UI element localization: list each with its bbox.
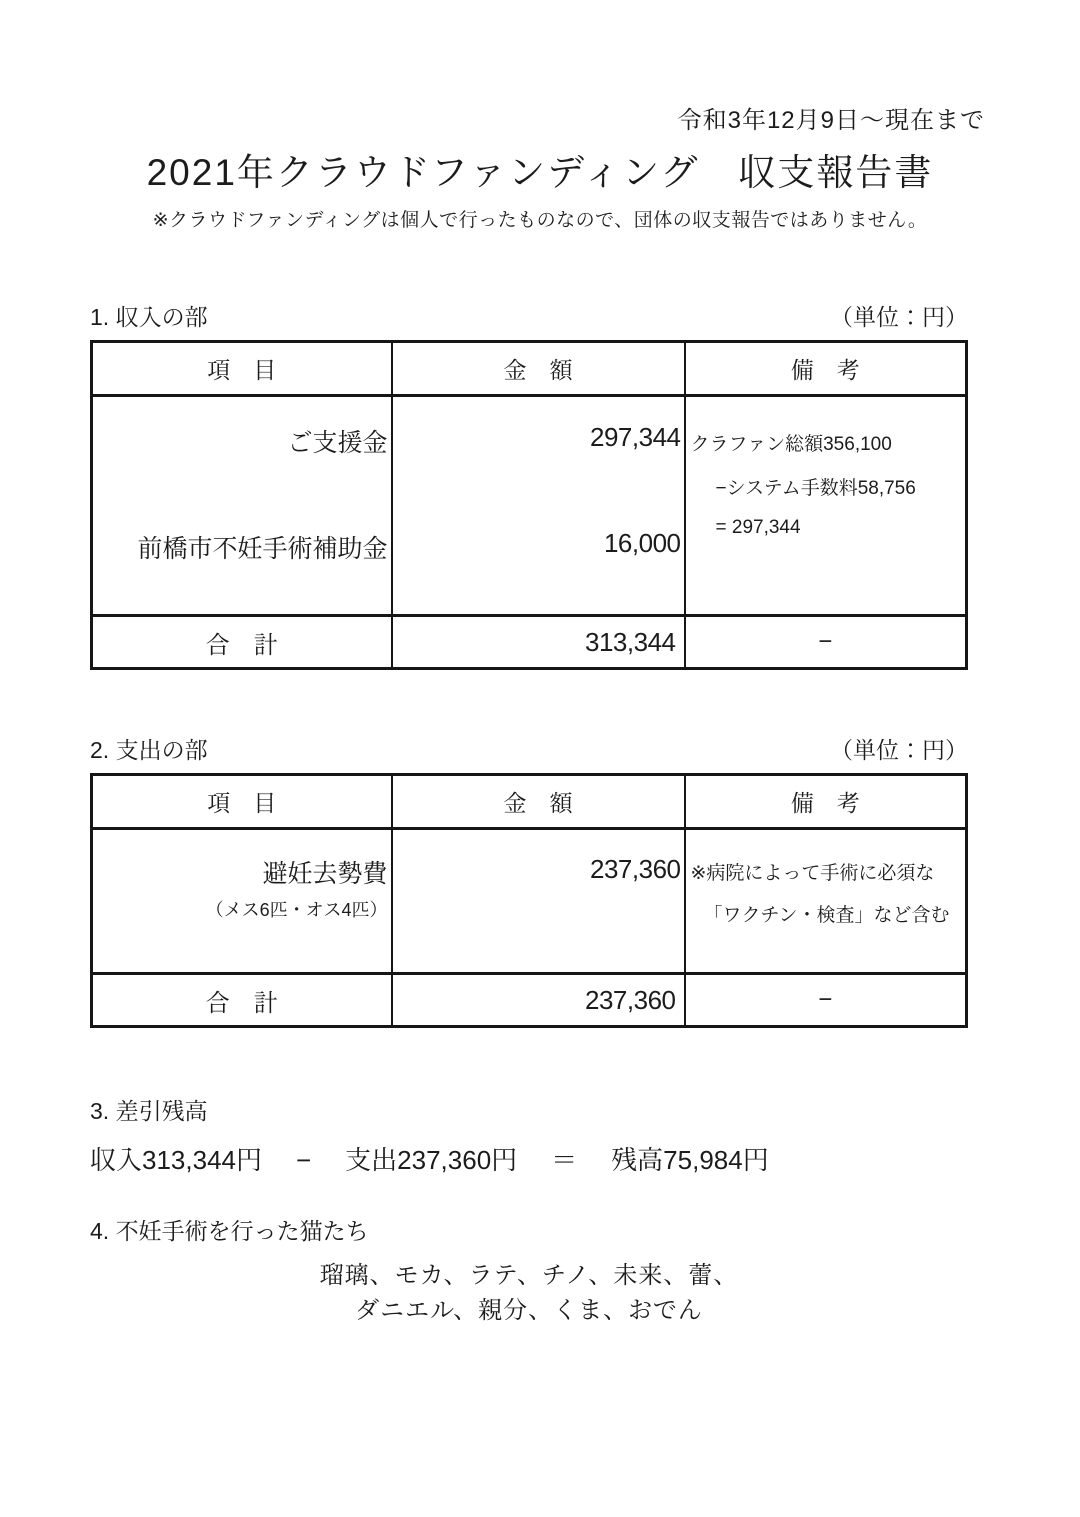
income-amount-2: 16,000: [604, 528, 681, 559]
expense-amount-cell: 237,360: [392, 829, 685, 974]
expense-amount: 237,360: [590, 854, 680, 885]
income-amount-cell: 297,344 16,000: [392, 396, 685, 616]
expense-total-row: 合 計 237,360 −: [92, 974, 967, 1027]
expense-total-amount: 237,360: [392, 974, 685, 1027]
balance-heading: 3. 差引残高: [90, 1093, 208, 1126]
expense-header-amount: 金 額: [392, 775, 685, 829]
title-note: ※クラウドファンディングは個人で行ったものなので、団体の収支報告ではありません。: [0, 205, 1080, 232]
income-total-row: 合 計 313,344 −: [92, 616, 967, 669]
income-amount-1: 297,344: [590, 422, 680, 453]
expense-table: 項 目 金 額 備 考 避妊去勢費 （メス6匹・オス4匹） 237,360 ※病…: [90, 773, 968, 1028]
cat-names-line-1: 瑠璃、モカ、ラテ、チノ、未来、蕾、: [90, 1255, 968, 1290]
income-remark-line-1: クラファン総額356,100: [691, 429, 892, 456]
report-page: 令和3年12月9日～現在まで 2021年クラウドファンディング 収支報告書 ※ク…: [0, 0, 1080, 1517]
income-heading: 1. 収入の部: [90, 299, 208, 332]
income-section-header: 1. 収入の部 （単位：円）: [90, 299, 968, 332]
expense-unit-label: （単位：円）: [830, 732, 968, 765]
income-table: 項 目 金 額 備 考 ご支援金 前橋市不妊手術補助金 297,344 16,0…: [90, 340, 968, 670]
cats-heading: 4. 不妊手術を行った猫たち: [90, 1213, 369, 1246]
income-remark-line-2: −システム手数料58,756: [716, 473, 916, 500]
income-body-row: ご支援金 前橋市不妊手術補助金 297,344 16,000 クラファン総額35…: [92, 396, 967, 616]
date-range: 令和3年12月9日～現在まで: [678, 100, 985, 135]
expense-item-cell: 避妊去勢費 （メス6匹・オス4匹）: [92, 829, 392, 974]
cat-names-line-2: ダニエル、親分、くま、おでん: [90, 1290, 968, 1325]
expense-total-remarks: −: [685, 974, 967, 1027]
balance-income: 収入313,344円: [90, 1140, 262, 1177]
income-header-item: 項 目: [92, 342, 392, 396]
income-remarks-cell: クラファン総額356,100 −システム手数料58,756 = 297,344: [685, 396, 967, 616]
balance-remainder: 残高75,984円: [611, 1140, 769, 1177]
expense-header-remarks: 備 考: [685, 775, 967, 829]
income-header-row: 項 目 金 額 備 考: [92, 342, 967, 396]
income-header-remarks: 備 考: [685, 342, 967, 396]
expense-section-header: 2. 支出の部 （単位：円）: [90, 732, 968, 765]
expense-item-sub: （メス6匹・オス4匹）: [206, 896, 388, 922]
expense-heading: 2. 支出の部: [90, 732, 208, 765]
expense-body-row: 避妊去勢費 （メス6匹・オス4匹） 237,360 ※病院によって手術に必須な …: [92, 829, 967, 974]
expense-remark-line-1: ※病院によって手術に必須な: [691, 858, 935, 885]
income-item-1: ご支援金: [287, 423, 387, 459]
expense-header-row: 項 目 金 額 備 考: [92, 775, 967, 829]
income-item-cell: ご支援金 前橋市不妊手術補助金: [92, 396, 392, 616]
income-total-label: 合 計: [92, 616, 392, 669]
income-item-2: 前橋市不妊手術補助金: [137, 529, 387, 565]
income-unit-label: （単位：円）: [830, 299, 968, 332]
income-remark-line-3: = 297,344: [716, 517, 801, 539]
income-total-remarks: −: [685, 616, 967, 669]
income-header-amount: 金 額: [392, 342, 685, 396]
page-title: 2021年クラウドファンディング 収支報告書: [0, 142, 1080, 196]
expense-remarks-cell: ※病院によって手術に必須な 「ワクチン・検査」など含む: [685, 829, 967, 974]
expense-remark-line-2: 「ワクチン・検査」など含む: [704, 900, 950, 927]
expense-header-item: 項 目: [92, 775, 392, 829]
expense-item: 避妊去勢費: [262, 854, 387, 890]
balance-expense: 支出237,360円: [345, 1140, 517, 1177]
minus-sign: −: [296, 1145, 311, 1176]
expense-total-label: 合 計: [92, 974, 392, 1027]
balance-formula: 収入313,344円 − 支出237,360円 ＝ 残高75,984円: [90, 1140, 769, 1177]
equals-sign: ＝: [551, 1140, 577, 1177]
income-total-amount: 313,344: [392, 616, 685, 669]
